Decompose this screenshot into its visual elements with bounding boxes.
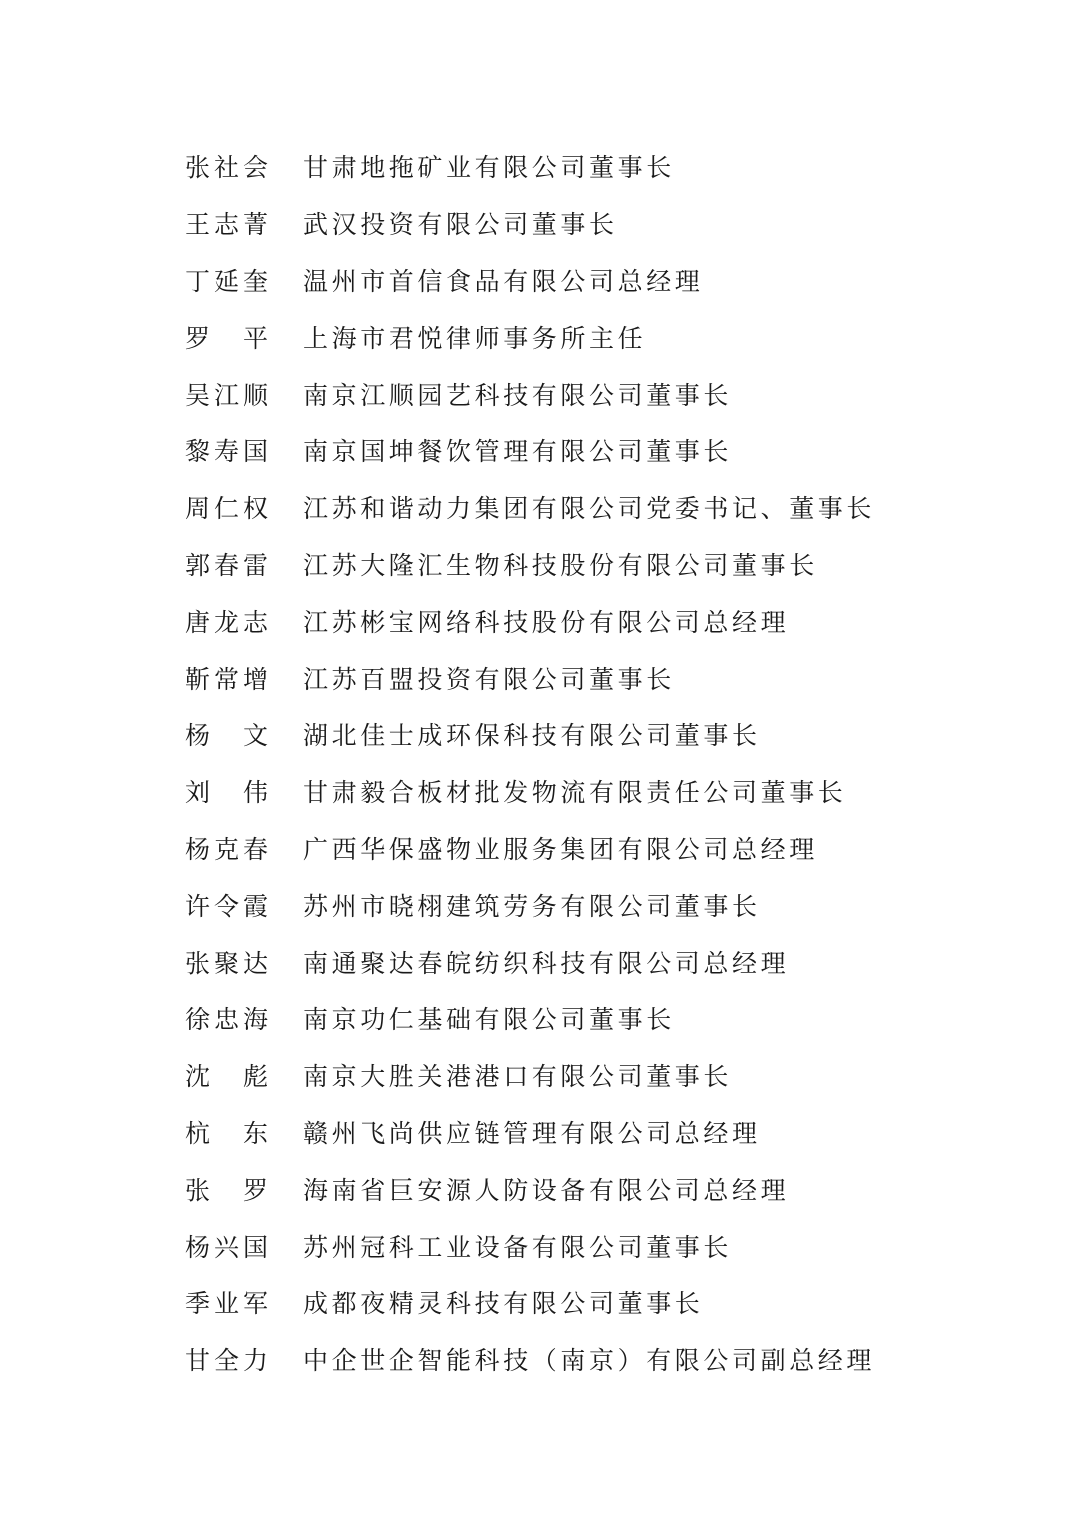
person-name: 罗 平 <box>185 319 303 355</box>
person-title: 成都夜精灵科技有限公司董事长 <box>303 1284 703 1320</box>
list-item: 张聚达南通聚达春皖纺织科技有限公司总经理 <box>185 933 945 990</box>
list-item: 杨兴国苏州冠科工业设备有限公司董事长 <box>185 1217 945 1274</box>
list-item: 张 罗海南省巨安源人防设备有限公司总经理 <box>185 1160 945 1217</box>
list-item: 周仁权江苏和谐动力集团有限公司党委书记、董事长 <box>185 479 945 536</box>
list-item: 沈 彪南京大胜关港港口有限公司董事长 <box>185 1047 945 1104</box>
person-name: 杭 东 <box>185 1114 303 1150</box>
person-title: 海南省巨安源人防设备有限公司总经理 <box>303 1171 789 1207</box>
person-title: 武汉投资有限公司董事长 <box>303 205 618 241</box>
person-name: 张社会 <box>185 148 303 184</box>
person-name: 唐龙志 <box>185 603 303 639</box>
person-name: 杨 文 <box>185 716 303 752</box>
person-title: 甘肃地拖矿业有限公司董事长 <box>303 148 675 184</box>
person-name: 徐忠海 <box>185 1000 303 1036</box>
person-title: 江苏百盟投资有限公司董事长 <box>303 660 675 696</box>
person-title: 南京功仁基础有限公司董事长 <box>303 1000 675 1036</box>
person-title: 江苏彬宝网络科技股份有限公司总经理 <box>303 603 789 639</box>
list-item: 丁延奎温州市首信食品有限公司总经理 <box>185 252 945 309</box>
list-item: 张社会甘肃地拖矿业有限公司董事长 <box>185 138 945 195</box>
list-item: 甘全力中企世企智能科技（南京）有限公司副总经理 <box>185 1331 945 1388</box>
list-item: 王志菁武汉投资有限公司董事长 <box>185 195 945 252</box>
list-item: 吴江顺南京江顺园艺科技有限公司董事长 <box>185 365 945 422</box>
person-title: 温州市首信食品有限公司总经理 <box>303 262 703 298</box>
person-title: 中企世企智能科技（南京）有限公司副总经理 <box>303 1341 875 1377</box>
person-name: 吴江顺 <box>185 376 303 412</box>
list-item: 杭 东赣州飞尚供应链管理有限公司总经理 <box>185 1104 945 1161</box>
person-name: 张 罗 <box>185 1171 303 1207</box>
person-name: 靳常增 <box>185 660 303 696</box>
person-name: 杨兴国 <box>185 1228 303 1264</box>
list-item: 杨克春广西华保盛物业服务集团有限公司总经理 <box>185 820 945 877</box>
person-name: 黎寿国 <box>185 432 303 468</box>
list-item: 罗 平上海市君悦律师事务所主任 <box>185 308 945 365</box>
person-name: 甘全力 <box>185 1341 303 1377</box>
person-title: 甘肃毅合板材批发物流有限责任公司董事长 <box>303 773 846 809</box>
list-item: 杨 文湖北佳士成环保科技有限公司董事长 <box>185 706 945 763</box>
person-title: 苏州市晓栩建筑劳务有限公司董事长 <box>303 887 761 923</box>
person-title: 南京江顺园艺科技有限公司董事长 <box>303 376 732 412</box>
person-name: 郭春雷 <box>185 546 303 582</box>
list-item: 黎寿国南京国坤餐饮管理有限公司董事长 <box>185 422 945 479</box>
person-title: 南京国坤餐饮管理有限公司董事长 <box>303 432 732 468</box>
person-name: 张聚达 <box>185 944 303 980</box>
list-item: 唐龙志江苏彬宝网络科技股份有限公司总经理 <box>185 592 945 649</box>
person-name: 王志菁 <box>185 205 303 241</box>
person-title: 江苏大隆汇生物科技股份有限公司董事长 <box>303 546 818 582</box>
list-item: 靳常增江苏百盟投资有限公司董事长 <box>185 649 945 706</box>
member-list: 张社会甘肃地拖矿业有限公司董事长 王志菁武汉投资有限公司董事长 丁延奎温州市首信… <box>185 138 945 1388</box>
person-title: 湖北佳士成环保科技有限公司董事长 <box>303 716 761 752</box>
person-name: 沈 彪 <box>185 1057 303 1093</box>
person-title: 广西华保盛物业服务集团有限公司总经理 <box>303 830 818 866</box>
person-name: 季业军 <box>185 1284 303 1320</box>
list-item: 徐忠海南京功仁基础有限公司董事长 <box>185 990 945 1047</box>
person-title: 南京大胜关港港口有限公司董事长 <box>303 1057 732 1093</box>
person-name: 许令霞 <box>185 887 303 923</box>
person-title: 南通聚达春皖纺织科技有限公司总经理 <box>303 944 789 980</box>
person-name: 刘 伟 <box>185 773 303 809</box>
person-name: 杨克春 <box>185 830 303 866</box>
person-name: 周仁权 <box>185 489 303 525</box>
person-title: 江苏和谐动力集团有限公司党委书记、董事长 <box>303 489 875 525</box>
list-item: 郭春雷江苏大隆汇生物科技股份有限公司董事长 <box>185 536 945 593</box>
person-title: 赣州飞尚供应链管理有限公司总经理 <box>303 1114 761 1150</box>
person-title: 上海市君悦律师事务所主任 <box>303 319 646 355</box>
person-name: 丁延奎 <box>185 262 303 298</box>
person-title: 苏州冠科工业设备有限公司董事长 <box>303 1228 732 1264</box>
list-item: 刘 伟甘肃毅合板材批发物流有限责任公司董事长 <box>185 763 945 820</box>
list-item: 许令霞苏州市晓栩建筑劳务有限公司董事长 <box>185 876 945 933</box>
list-item: 季业军成都夜精灵科技有限公司董事长 <box>185 1274 945 1331</box>
